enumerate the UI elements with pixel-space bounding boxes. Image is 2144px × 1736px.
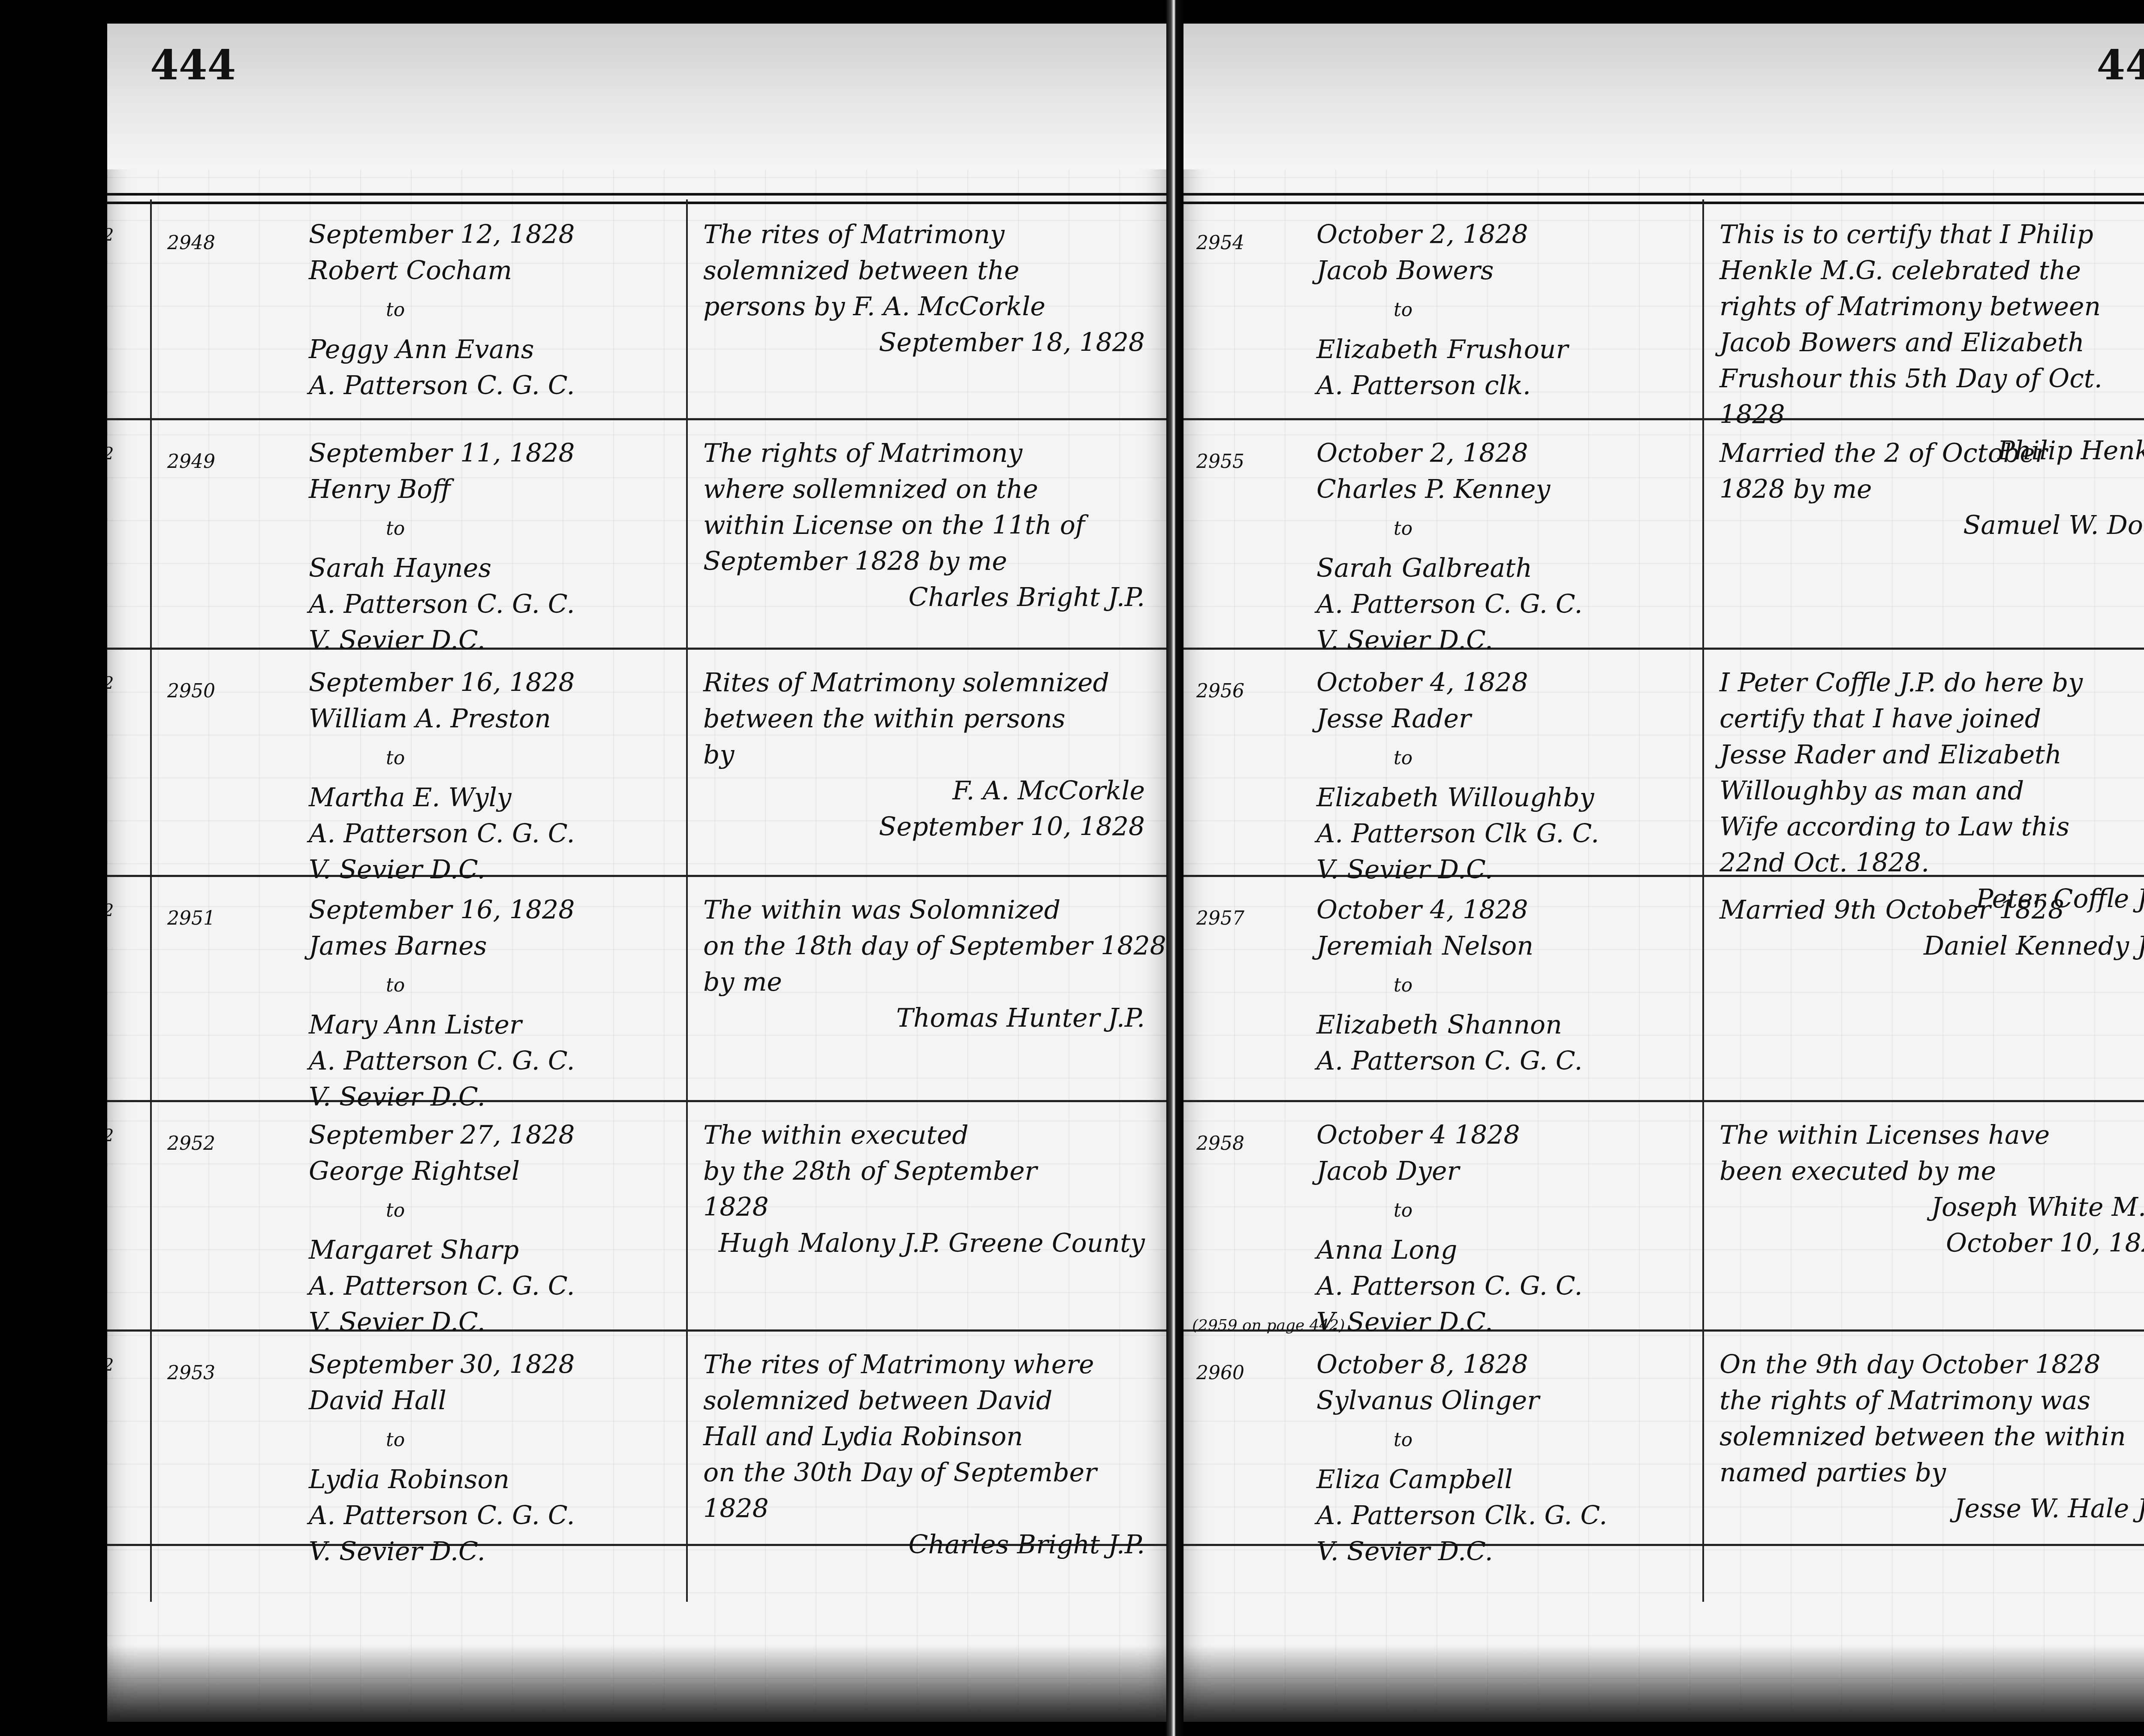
bride-name: Lydia Robinson (309, 1462, 669, 1498)
entry-number-text: 2952 (167, 1133, 215, 1154)
to-connector: to (1316, 1189, 1689, 1232)
officiant-signature: Charles Bright J.P. (703, 1527, 1149, 1563)
bride-name: Mary Ann Lister (309, 1007, 669, 1043)
margin-mark: 2 (107, 1126, 114, 1145)
return-text-line: solemnized between the (703, 253, 1149, 289)
register-entry: 2954 October 2, 1828 Jacob Bowers to Eli… (1183, 199, 2144, 420)
license-date: September 12, 1828 (309, 217, 669, 253)
clerk-signature: A. Patterson C. G. C. (309, 1043, 669, 1079)
license-cell: October 4, 1828 Jeremiah Nelson to Eliza… (1304, 875, 1702, 1100)
deputy-clerk-signature: V. Sevier D.C. (1316, 1534, 1689, 1570)
return-text-line: named parties by (1719, 1455, 2144, 1491)
license-date: September 16, 1828 (309, 892, 669, 928)
margin-mark: 2 (107, 1355, 114, 1375)
return-text-line: The within Licenses have (1719, 1117, 2144, 1153)
license-date: October 8, 1828 (1316, 1347, 1689, 1383)
return-cell: This is to certify that I PhilipHenkle M… (1707, 199, 2144, 418)
to-connector: to (309, 507, 669, 550)
return-text-line: between the within persons (703, 701, 1149, 737)
officiant-signature: Joseph White M.G. (1719, 1189, 2144, 1225)
return-text-line: The within was Solomnized (703, 892, 1149, 928)
return-cell: The rights of Matrimonywhere sollemnized… (690, 418, 1162, 648)
officiant-signature: Samuel W. Doak (1719, 507, 2144, 543)
return-text-line: Married the 2 of October (1719, 435, 2144, 471)
license-date: October 4 1828 (1316, 1117, 1689, 1153)
return-text-line: solemnized between David (703, 1383, 1149, 1419)
return-text-line: Married 9th October 1828 (1719, 892, 2144, 928)
license-cell: October 4 1828 Jacob Dyer to Anna Long A… (1304, 1100, 1702, 1329)
clerk-signature: A. Patterson C. G. C. (1316, 586, 1689, 622)
register-entry: 22951 September 16, 1828 James Barnes to… (107, 875, 1166, 1102)
book-spine (1165, 0, 1184, 1736)
groom-name: David Hall (309, 1383, 669, 1419)
license-cell: September 16, 1828 James Barnes to Mary … (296, 875, 682, 1100)
entry-number-text: 2950 (167, 680, 215, 702)
return-cell: Married the 2 of October1828 by meSamuel… (1707, 418, 2144, 648)
return-text-line: Rites of Matrimony solemnized (703, 665, 1149, 701)
return-text-line: Henkle M.G. celebrated the (1719, 253, 2144, 289)
groom-name: George Rightsel (309, 1153, 669, 1189)
return-text-line: the rights of Matrimony was (1719, 1383, 2144, 1419)
return-text-line: September 1828 by me (703, 543, 1149, 579)
to-connector: to (309, 289, 669, 332)
entry-number: 2953 (154, 1329, 283, 1544)
officiant-signature: Thomas Hunter J.P. (703, 1000, 1149, 1036)
clerk-signature: A. Patterson C. G. C. (309, 1498, 669, 1534)
return-cell: Rites of Matrimony solemnizedbetween the… (690, 648, 1162, 875)
clerk-signature: A. Patterson C. G. C. (1316, 1043, 1689, 1079)
bride-name: Sarah Haynes (309, 550, 669, 586)
register-entry: 22949 September 11, 1828 Henry Boff to S… (107, 418, 1166, 650)
return-text-line: by the 28th of September (703, 1153, 1149, 1189)
return-text-line: On the 9th day October 1828 (1719, 1347, 2144, 1383)
clerk-signature: A. Patterson C. G. C. (309, 1268, 669, 1304)
license-cell: October 4, 1828 Jesse Rader to Elizabeth… (1304, 648, 1702, 875)
return-text-line: The within executed (703, 1117, 1149, 1153)
return-text-line: rights of Matrimony between (1719, 289, 2144, 325)
groom-name: Charles P. Kenney (1316, 471, 1689, 507)
page-header (107, 24, 1166, 169)
officiant-signature: Jesse W. Hale J.P. (1719, 1491, 2144, 1527)
register-entry: 22950 September 16, 1828 William A. Pres… (107, 648, 1166, 877)
officiant-signature: Charles Bright J.P. (703, 579, 1149, 615)
entry-number: 2948 (154, 199, 283, 418)
license-date: September 30, 1828 (309, 1347, 669, 1383)
clerk-signature: A. Patterson Clk. G. C. (1316, 1498, 1689, 1534)
bride-name: Elizabeth Shannon (1316, 1007, 1689, 1043)
entry-number-text: 2951 (167, 907, 215, 929)
margin-mark: 2 (107, 901, 114, 920)
officiant-signature: Daniel Kennedy J.P. (1719, 928, 2144, 964)
license-cell: October 2, 1828 Charles P. Kenney to Sar… (1304, 418, 1702, 648)
entry-number-text: 2960 (1196, 1362, 1244, 1384)
bride-name: Elizabeth Willoughby (1316, 780, 1689, 816)
entry-number: 2949 (154, 418, 283, 648)
return-text-line: by (703, 737, 1149, 773)
return-text-line: This is to certify that I Philip (1719, 217, 2144, 253)
return-cell: The rites of Matrimonysolemnized between… (690, 199, 1162, 418)
license-cell: September 27, 1828 George Rightsel to Ma… (296, 1100, 682, 1329)
return-cell: On the 9th day October 1828the rights of… (1707, 1329, 2144, 1544)
left-page: 444 22948 September 12, 1828 Robert Coch… (107, 24, 1166, 1722)
register-entry: 2956 October 4, 1828 Jesse Rader to Eliz… (1183, 648, 2144, 877)
return-text-line: 1828 (703, 1491, 1149, 1527)
entry-number-text: 2957 (1196, 907, 1244, 929)
return-cell: Married 9th October 1828Daniel Kennedy J… (1707, 875, 2144, 1100)
license-cell: October 8, 1828 Sylvanus Olinger to Eliz… (1304, 1329, 1702, 1544)
page-bottom-shadow (107, 1645, 1166, 1722)
entry-number-text: 2953 (167, 1362, 215, 1384)
groom-name: James Barnes (309, 928, 669, 964)
return-text-line: Willoughby as man and (1719, 773, 2144, 809)
entry-number: 2958 (1183, 1100, 1304, 1329)
return-date: September 10, 1828 (703, 809, 1149, 845)
return-text-line: Jacob Bowers and Elizabeth (1719, 325, 2144, 361)
to-connector: to (309, 737, 669, 780)
license-date: October 4, 1828 (1316, 892, 1689, 928)
return-text-line: Jesse Rader and Elizabeth (1719, 737, 2144, 773)
entry-number: 2960 (1183, 1329, 1304, 1544)
entry-number: 2951 (154, 875, 283, 1100)
entry-number: 2955 (1183, 418, 1304, 648)
deputy-clerk-signature: V. Sevier D.C. (309, 1534, 669, 1570)
groom-name: Robert Cocham (309, 253, 669, 289)
bride-name: Anna Long (1316, 1232, 1689, 1268)
groom-name: Henry Boff (309, 471, 669, 507)
return-text-line: where sollemnized on the (703, 471, 1149, 507)
entry-number-text: 2954 (1196, 232, 1244, 254)
clerk-signature: A. Patterson Clk G. C. (1316, 816, 1689, 852)
return-text-line: The rites of Matrimony (703, 217, 1149, 253)
groom-name: William A. Preston (309, 701, 669, 737)
return-text-line: by me (703, 964, 1149, 1000)
entry-number-text: 2949 (167, 451, 215, 473)
return-date: October 10, 1828 (1719, 1225, 2144, 1261)
entry-number: 2957 (1183, 875, 1304, 1100)
register-entry: (2959 on page 442)2960 October 8, 1828 S… (1183, 1329, 2144, 1546)
register-entry: 22953 September 30, 1828 David Hall to L… (107, 1329, 1166, 1546)
to-connector: to (1316, 737, 1689, 780)
register-entry: 22948 September 12, 1828 Robert Cocham t… (107, 199, 1166, 420)
margin-mark: 2 (107, 444, 114, 464)
to-connector: to (1316, 507, 1689, 550)
to-connector: to (309, 1419, 669, 1462)
clerk-signature: A. Patterson clk. (1316, 368, 1689, 404)
license-date: September 11, 1828 (309, 435, 669, 471)
bride-name: Margaret Sharp (309, 1232, 669, 1268)
right-page: 445 2954 October 2, 1828 Jacob Bowers to… (1183, 24, 2144, 1722)
to-connector: to (1316, 964, 1689, 1007)
groom-name: Sylvanus Olinger (1316, 1383, 1689, 1419)
license-date: September 16, 1828 (309, 665, 669, 701)
return-cell: The within was Solomnizedon the 18th day… (690, 875, 1162, 1100)
page-bottom-shadow (1183, 1645, 2144, 1722)
return-text-line: been executed by me (1719, 1153, 2144, 1189)
clerk-signature: A. Patterson C. G. C. (309, 368, 669, 404)
officiant-signature: F. A. McCorkle (703, 773, 1149, 809)
license-cell: September 30, 1828 David Hall to Lydia R… (296, 1329, 682, 1544)
license-date: September 27, 1828 (309, 1117, 669, 1153)
clerk-signature: A. Patterson C. G. C. (1316, 1268, 1689, 1304)
register-entry: 2957 October 4, 1828 Jeremiah Nelson to … (1183, 875, 2144, 1102)
officiant-signature: Hugh Malony J.P. Greene County (703, 1225, 1149, 1261)
return-text-line: Frushour this 5th Day of Oct. (1719, 361, 2144, 397)
margin-mark: 2 (107, 673, 114, 693)
return-text-line: I Peter Coffle J.P. do here by (1719, 665, 2144, 701)
to-connector: to (1316, 1419, 1689, 1462)
bride-name: Elizabeth Frushour (1316, 332, 1689, 368)
clerk-signature: A. Patterson C. G. C. (309, 816, 669, 852)
bride-name: Eliza Campbell (1316, 1462, 1689, 1498)
page-number: 445 (2097, 41, 2144, 89)
license-cell: September 11, 1828 Henry Boff to Sarah H… (296, 418, 682, 648)
groom-name: Jesse Rader (1316, 701, 1689, 737)
return-text-line: Wife according to Law this (1719, 809, 2144, 845)
register-entry: 22952 September 27, 1828 George Rightsel… (107, 1100, 1166, 1332)
register-entry: 2955 October 2, 1828 Charles P. Kenney t… (1183, 418, 2144, 650)
return-text-line: solemnized between the within (1719, 1419, 2144, 1455)
groom-name: Jeremiah Nelson (1316, 928, 1689, 964)
return-text-line: The rites of Matrimony where (703, 1347, 1149, 1383)
groom-name: Jacob Bowers (1316, 253, 1689, 289)
license-date: October 2, 1828 (1316, 435, 1689, 471)
return-text-line: persons by F. A. McCorkle (703, 289, 1149, 325)
margin-mark: 2 (107, 225, 114, 245)
return-text-line: 1828 (703, 1189, 1149, 1225)
return-text-line: 1828 by me (1719, 471, 2144, 507)
entry-number-text: 2956 (1196, 680, 1244, 702)
license-cell: September 12, 1828 Robert Cocham to Pegg… (296, 199, 682, 418)
bride-name: Peggy Ann Evans (309, 332, 669, 368)
bride-name: Sarah Galbreath (1316, 550, 1689, 586)
page-header (1183, 24, 2144, 169)
to-connector: to (1316, 289, 1689, 332)
entry-number-text: 2948 (167, 232, 215, 254)
return-text-line: on the 30th Day of September (703, 1455, 1149, 1491)
groom-name: Jacob Dyer (1316, 1153, 1689, 1189)
license-date: October 2, 1828 (1316, 217, 1689, 253)
return-text-line: Hall and Lydia Robinson (703, 1419, 1149, 1455)
return-text-line: certify that I have joined (1719, 701, 2144, 737)
entry-number: 2952 (154, 1100, 283, 1329)
entry-number-text: 2955 (1196, 451, 1244, 473)
return-cell: The within executedby the 28th of Septem… (690, 1100, 1162, 1329)
entry-number: 2954 (1183, 199, 1304, 418)
return-cell: The rites of Matrimony wheresolemnized b… (690, 1329, 1162, 1544)
return-text-line: within License on the 11th of (703, 507, 1149, 543)
license-cell: October 2, 1828 Jacob Bowers to Elizabet… (1304, 199, 1702, 418)
bride-name: Martha E. Wyly (309, 780, 669, 816)
return-text-line: The rights of Matrimony (703, 435, 1149, 471)
entry-number-text: 2958 (1196, 1133, 1244, 1154)
entry-number: 2950 (154, 648, 283, 875)
return-cell: The within Licenses havebeen executed by… (1707, 1100, 2144, 1329)
license-cell: September 16, 1828 William A. Preston to… (296, 648, 682, 875)
return-text-line: on the 18th day of September 1828 (703, 928, 1149, 964)
return-date: September 18, 1828 (703, 325, 1149, 361)
page-number: 444 (150, 41, 236, 89)
return-cell: I Peter Coffle J.P. do here bycertify th… (1707, 648, 2144, 875)
clerk-signature: A. Patterson C. G. C. (309, 586, 669, 622)
to-connector: to (309, 964, 669, 1007)
license-date: October 4, 1828 (1316, 665, 1689, 701)
entry-number: 2956 (1183, 648, 1304, 875)
register-entry: 2958 October 4 1828 Jacob Dyer to Anna L… (1183, 1100, 2144, 1332)
to-connector: to (309, 1189, 669, 1232)
